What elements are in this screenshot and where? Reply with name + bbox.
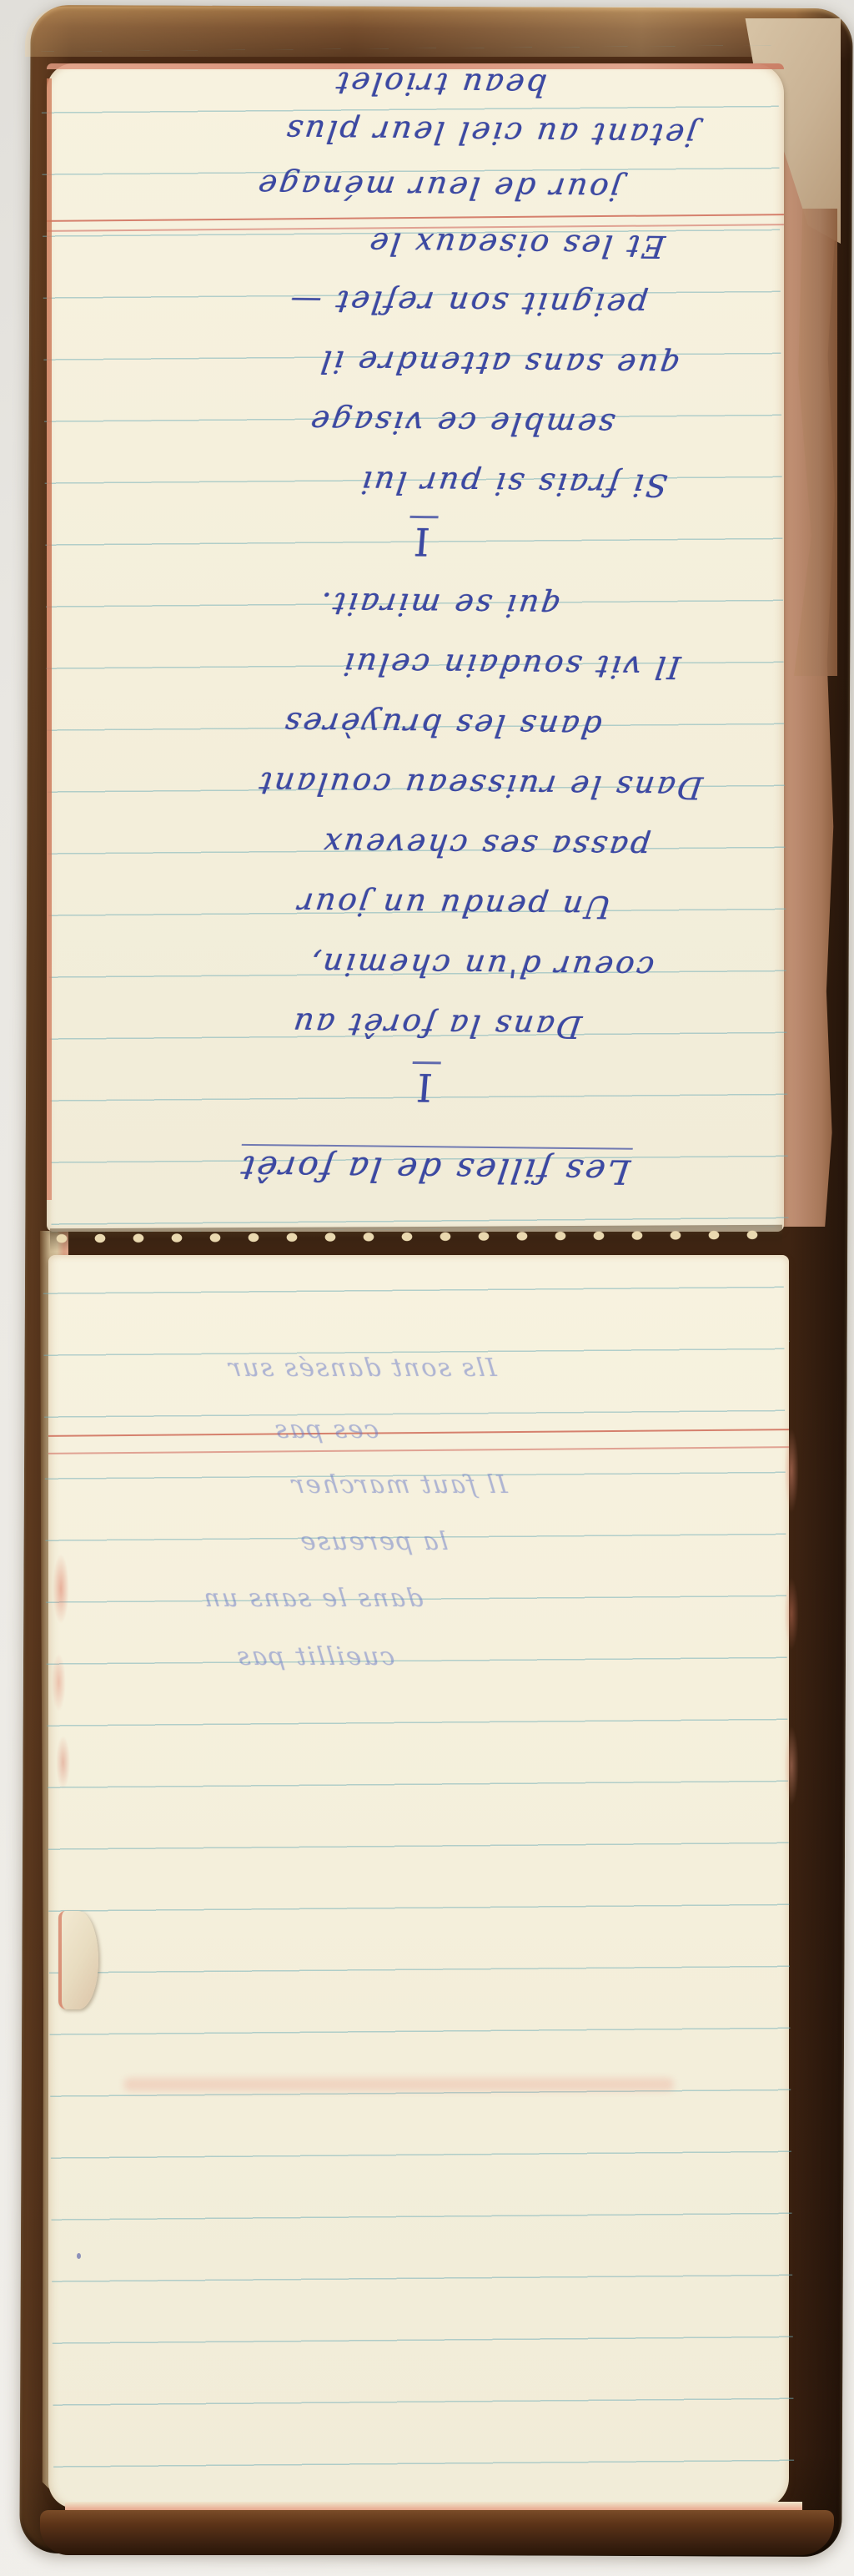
ink-bleed-through-mirrored: Ils sont dansés sur ces pas Il faut marc… <box>48 1255 789 1756</box>
poem-line: Dans la forêt au <box>289 1006 584 1045</box>
poem-line: Dans le ruisseau coulant <box>254 765 705 806</box>
handwriting-upside-down: Les filles de la forêt I Dans la forêt a… <box>41 59 791 1235</box>
ghost-line: Il faut marcher <box>289 1470 508 1500</box>
poem-line: passa ses cheveux <box>319 826 653 865</box>
poem-line: coeur d'un chemin, <box>306 946 656 986</box>
poem-line: peignit son reflet — <box>286 283 651 322</box>
ghost-line: la pereuse <box>297 1527 449 1556</box>
ghost-line: ces pas <box>272 1415 380 1444</box>
poem-line: semble ce visage <box>306 404 617 443</box>
poem-line: jour de leur ménage <box>254 168 623 208</box>
poem-line: Il vit soudain celui <box>339 646 683 685</box>
poem-line: dans les bruyères <box>280 705 604 744</box>
section-numeral: I <box>409 1061 441 1110</box>
ghost-line: dans le sans un <box>201 1584 424 1613</box>
pink-smudge <box>123 2078 674 2091</box>
ghost-line: cueillit pas <box>234 1642 396 1671</box>
torn-perforation-edge <box>50 1225 782 1256</box>
poem-line: Un pendu un jour <box>294 886 614 925</box>
poem-line: Et les oiseaux le <box>365 225 667 265</box>
torn-paper-tab <box>58 1911 98 2009</box>
poem-line: qui se mirait. <box>316 586 564 624</box>
section-numeral: I <box>406 516 439 564</box>
ghost-line: Ils sont dansés sur <box>226 1354 498 1383</box>
poem-line: jetant au ciel leur plus <box>282 113 698 153</box>
photo-of-notebook: Les filles de la forêt I Dans la forêt a… <box>0 0 854 2576</box>
ink-speck <box>77 2253 81 2259</box>
poem-line: que sans attendre il <box>317 344 683 383</box>
red-stains-left-edge <box>50 1535 72 1802</box>
poem-line: Si frais si pur lui <box>357 464 670 503</box>
leather-cover-bottom-band <box>40 2510 834 2555</box>
poem-title: Les filles de la forêt <box>236 1144 632 1191</box>
red-stains-right-edge <box>781 1419 802 1853</box>
top-page: Les filles de la forêt I Dans la forêt a… <box>47 63 784 1232</box>
poem-line: beau triolet <box>332 65 549 103</box>
bottom-page: Ils sont dansés sur ces pas Il faut marc… <box>48 1255 789 2508</box>
cover-top-sheen <box>25 7 847 57</box>
